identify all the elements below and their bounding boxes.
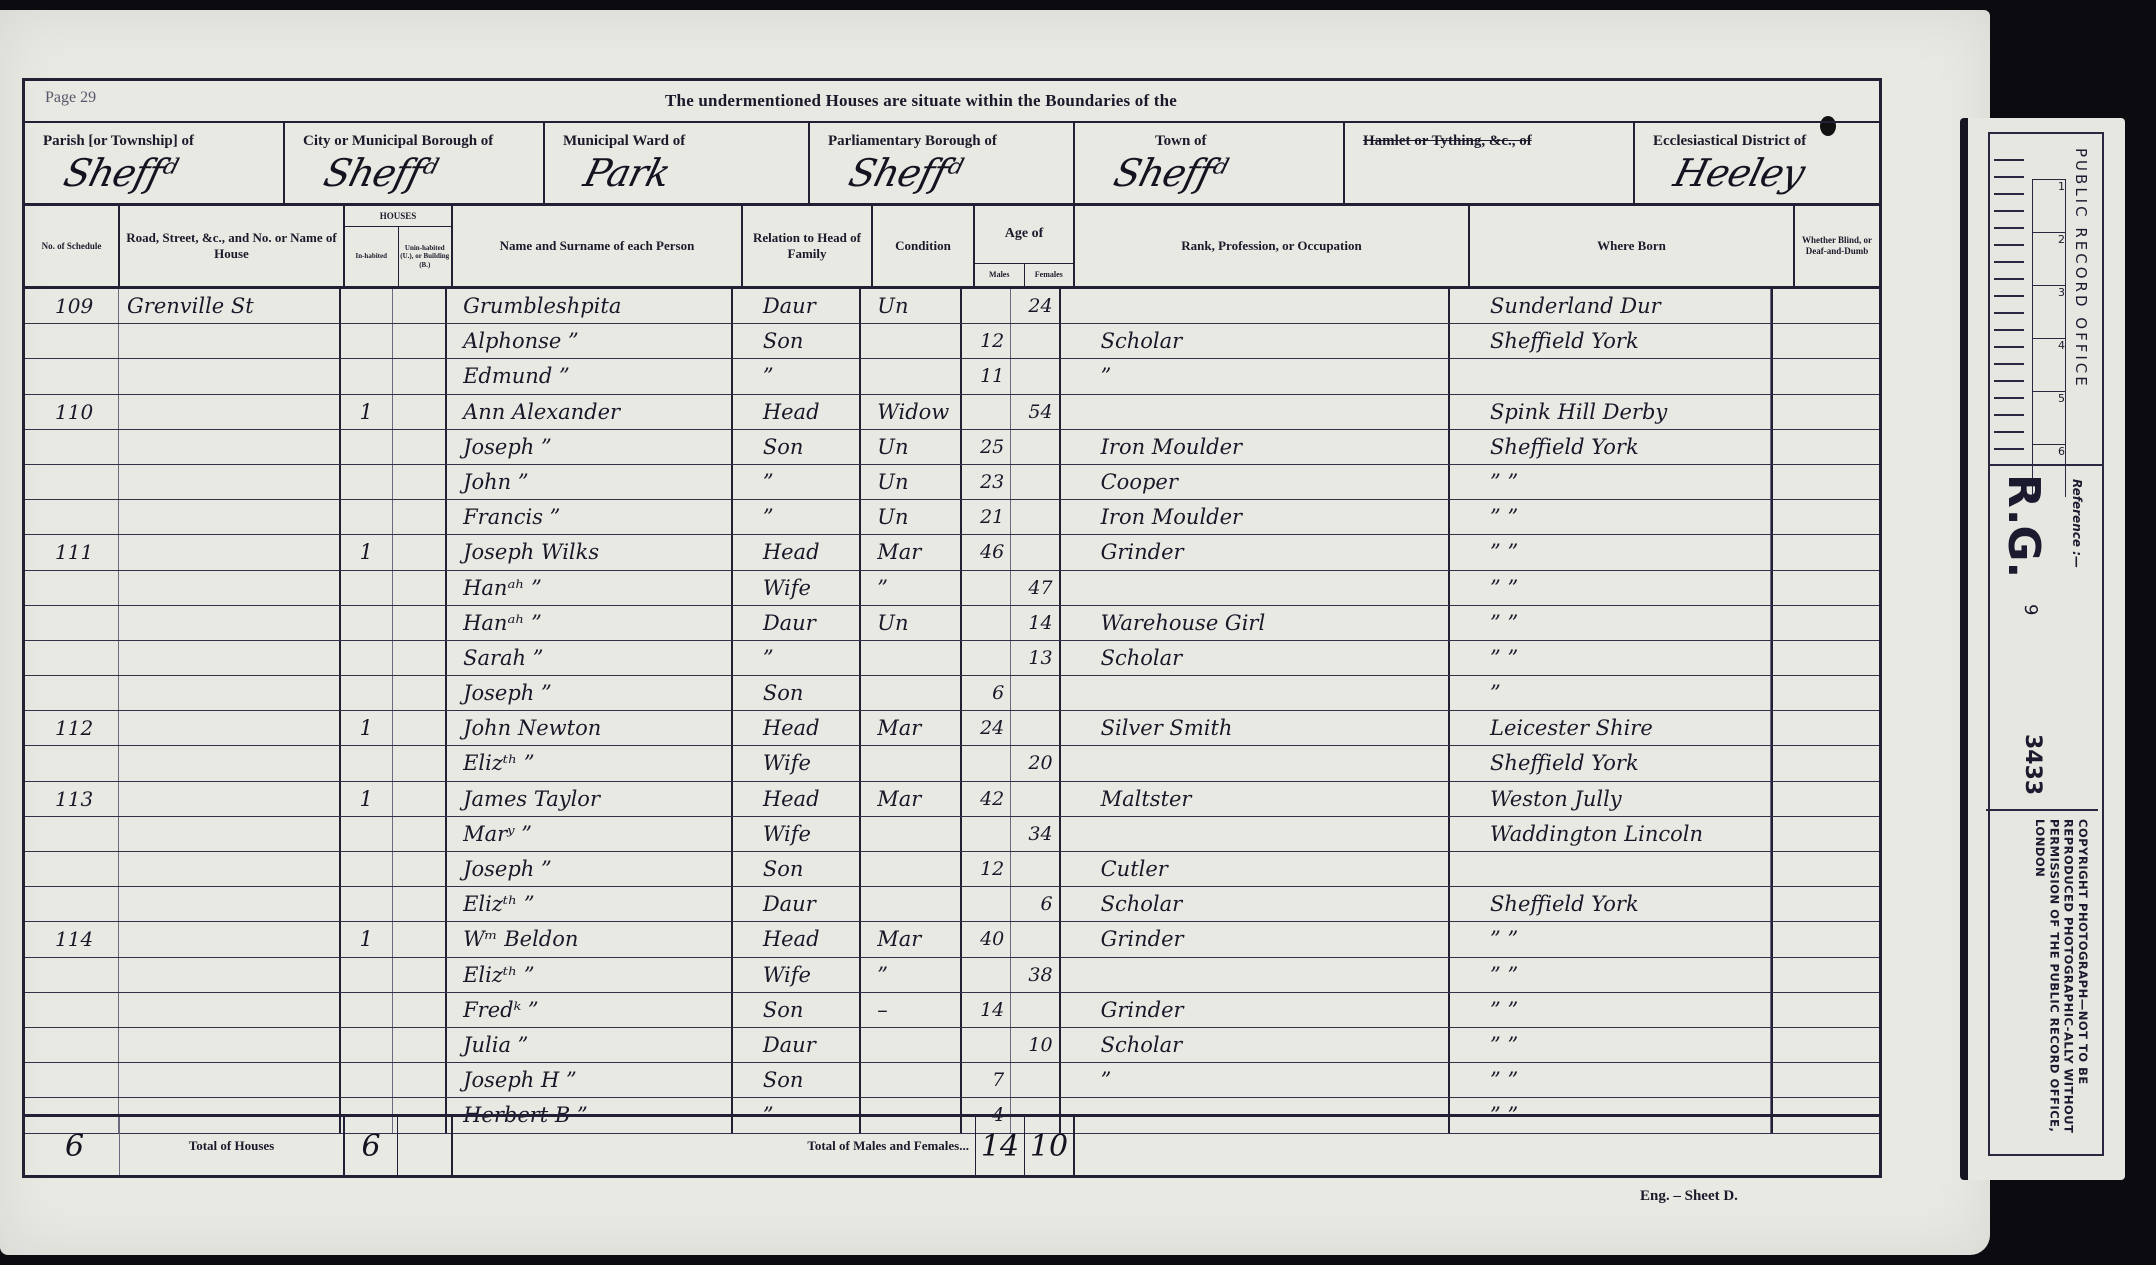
condition: [861, 852, 962, 886]
table-row: Joseph ”Son6”: [25, 676, 1879, 711]
road-name: [119, 324, 341, 358]
uninhabited-count: [393, 993, 447, 1027]
condition: Mar: [861, 535, 962, 569]
col-schedule: No. of Schedule: [25, 206, 120, 286]
person-name: James Taylor: [447, 782, 733, 816]
scale-ruler: 1 2 3 4 5 6 PUBLIC RECORD OFFICE: [1990, 134, 2102, 466]
age-male: [962, 887, 1011, 921]
occupation: Iron Moulder: [1061, 430, 1450, 464]
age-male: 6: [962, 676, 1011, 710]
occupation: Scholar: [1061, 324, 1450, 358]
ruler-number: 3: [2032, 285, 2066, 338]
schedule-number: [25, 993, 119, 1027]
age-male: 46: [962, 535, 1011, 569]
uninhabited-count: [393, 817, 447, 851]
copyright-box: COPYRIGHT PHOTOGRAPH—NOT TO BE REPRODUCE…: [1986, 809, 2098, 1146]
title-row: Page 29 The undermentioned Houses are si…: [25, 81, 1879, 123]
age-female: [1011, 852, 1060, 886]
table-row: Joseph ”SonUn25Iron MoulderSheffield Yor…: [25, 430, 1879, 465]
relation: Son: [733, 1063, 861, 1097]
blind-deaf: [1771, 571, 1879, 605]
col-condition: Condition: [873, 206, 975, 286]
boundary-ecclesiastical: Ecclesiastical District of Heeley: [1635, 121, 1879, 203]
age-male: [962, 289, 1011, 323]
uninhabited-count: [393, 641, 447, 675]
ruler-number: 1: [2032, 179, 2066, 232]
age-female: [1011, 535, 1060, 569]
road-name: [119, 711, 341, 745]
col-relation: Relation to Head of Family: [743, 206, 873, 286]
age-female: 38: [1011, 958, 1060, 992]
road-name: [119, 746, 341, 780]
blind-deaf: [1771, 1028, 1879, 1062]
age-male: [962, 817, 1011, 851]
schedule-number: [25, 1063, 119, 1097]
person-name: Marʸ ”: [447, 817, 733, 851]
inhabited-count: [341, 430, 393, 464]
person-name: Joseph Wilks: [447, 535, 733, 569]
inhabited-count: [341, 958, 393, 992]
reference-label: Reference :—: [2070, 479, 2084, 568]
census-form: Page 29 The undermentioned Houses are si…: [22, 78, 1882, 1178]
boundary-value: Sheffᵈ: [845, 151, 966, 195]
blind-deaf: [1771, 324, 1879, 358]
age-male: [962, 571, 1011, 605]
boundaries-row: Parish [or Township] of Sheffᵈ City or M…: [25, 121, 1879, 206]
person-name: Ann Alexander: [447, 395, 733, 429]
relation: Daur: [733, 887, 861, 921]
table-row: Joseph H ”Son7”” ”: [25, 1063, 1879, 1098]
table-row: Elizᵗʰ ”Wife”38” ”: [25, 958, 1879, 993]
boundary-hamlet: Hamlet or Tything, &c., of: [1345, 121, 1635, 203]
where-born: ” ”: [1450, 641, 1771, 675]
age-female: 10: [1011, 1028, 1060, 1062]
inhabited-count: [341, 1063, 393, 1097]
table-row: Sarah ””13Scholar” ”: [25, 641, 1879, 676]
schedule-number: [25, 571, 119, 605]
boundary-parliamentary: Parliamentary Borough of Sheffᵈ: [810, 121, 1075, 203]
age-male: [962, 395, 1011, 429]
col-inhabited: In-habited: [345, 227, 399, 286]
inhabited-count: [341, 817, 393, 851]
copyright-notice: COPYRIGHT PHOTOGRAPH—NOT TO BE REPRODUCE…: [1994, 819, 2090, 1139]
col-occupation: Rank, Profession, or Occupation: [1075, 206, 1470, 286]
table-row: Fredᵏ ”Son–14Grinder” ”: [25, 993, 1879, 1028]
total-schedules-value: 6: [65, 1129, 84, 1164]
person-name: Edmund ”: [447, 359, 733, 393]
total-females: 10: [1025, 1117, 1075, 1175]
condition: Mar: [861, 782, 962, 816]
relation: Wife: [733, 958, 861, 992]
inhabited-count: [341, 746, 393, 780]
uninhabited-count: [393, 289, 447, 323]
age-title: Age of: [975, 206, 1073, 263]
ruler-number: 2: [2032, 232, 2066, 285]
age-male: 24: [962, 711, 1011, 745]
schedule-number: [25, 641, 119, 675]
where-born: ”: [1450, 676, 1771, 710]
occupation: Cutler: [1061, 852, 1450, 886]
inhabited-count: [341, 676, 393, 710]
uninhabited-count: [393, 676, 447, 710]
schedule-number: [25, 852, 119, 886]
road-name: Grenville St: [119, 289, 341, 323]
relation: Wife: [733, 571, 861, 605]
person-name: Fredᵏ ”: [447, 993, 733, 1027]
blind-deaf: [1771, 430, 1879, 464]
relation: Daur: [733, 606, 861, 640]
where-born: ” ”: [1450, 1028, 1771, 1062]
occupation: [1061, 746, 1450, 780]
total-houses-label: Total of Houses: [189, 1138, 274, 1154]
total-persons-label-cell: Total of Males and Females...: [453, 1117, 975, 1175]
where-born: Sheffield York: [1450, 887, 1771, 921]
occupation: ”: [1061, 1063, 1450, 1097]
person-name: Francis ”: [447, 500, 733, 534]
age-female: 54: [1011, 395, 1060, 429]
road-name: [119, 430, 341, 464]
road-name: [119, 571, 341, 605]
boundary-value: Park: [580, 151, 675, 195]
condition: [861, 641, 962, 675]
inhabited-count: [341, 1028, 393, 1062]
age-female: 14: [1011, 606, 1060, 640]
condition: Mar: [861, 922, 962, 956]
boundary-label: Parish [or Township] of: [43, 133, 194, 150]
table-row: Julia ”Daur10Scholar” ”: [25, 1028, 1879, 1063]
age-female: 13: [1011, 641, 1060, 675]
col-name: Name and Surname of each Person: [453, 206, 743, 286]
occupation: Cooper: [1061, 465, 1450, 499]
col-houses: HOUSES In-habited Unin-habited (U.), or …: [345, 206, 453, 286]
person-name: Hanᵃʰ ”: [447, 606, 733, 640]
condition: –: [861, 993, 962, 1027]
age-female: [1011, 359, 1060, 393]
uninhabited-count: [393, 887, 447, 921]
blind-deaf: [1771, 500, 1879, 534]
where-born: Spink Hill Derby: [1450, 395, 1771, 429]
person-name: Joseph ”: [447, 676, 733, 710]
total-houses-label-cell: Total of Houses: [120, 1117, 345, 1175]
uninhabited-count: [393, 465, 447, 499]
uninhabited-count: [393, 606, 447, 640]
inhabited-count: [341, 887, 393, 921]
col-uninhabited: Unin-habited (U.), or Building (B.): [399, 227, 452, 286]
page-label: Page 29: [45, 89, 96, 107]
road-name: [119, 359, 341, 393]
boundary-title: The undermentioned Houses are situate wi…: [665, 91, 1177, 111]
uninhabited-count: [393, 1063, 447, 1097]
relation: ”: [733, 359, 861, 393]
schedule-number: 112: [25, 711, 119, 745]
age-female: [1011, 430, 1060, 464]
schedule-number: [25, 465, 119, 499]
total-houses-value: 6: [361, 1129, 380, 1164]
where-born: Sunderland Dur: [1450, 289, 1771, 323]
inhabited-count: [341, 993, 393, 1027]
where-born: ” ”: [1450, 958, 1771, 992]
condition: Un: [861, 500, 962, 534]
road-name: [119, 606, 341, 640]
condition: [861, 887, 962, 921]
occupation: Scholar: [1061, 1028, 1450, 1062]
uninhabited-count: [393, 852, 447, 886]
inhabited-count: [341, 500, 393, 534]
table-row: Elizᵗʰ ”Wife20Sheffield York: [25, 746, 1879, 781]
relation: Son: [733, 852, 861, 886]
inhabited-count: [341, 641, 393, 675]
person-name: Grumbleshpita: [447, 289, 733, 323]
person-name: Joseph ”: [447, 430, 733, 464]
inhabited-count: [341, 571, 393, 605]
road-name: [119, 465, 341, 499]
condition: Mar: [861, 711, 962, 745]
col-blind: Whether Blind, or Deaf-and-Dumb: [1795, 206, 1879, 286]
age-male: 42: [962, 782, 1011, 816]
record-office-label: PUBLIC RECORD OFFICE: [2072, 148, 2090, 389]
person-name: Julia ”: [447, 1028, 733, 1062]
boundary-city: City or Municipal Borough of Sheffᵈ: [285, 121, 545, 203]
inhabited-count: [341, 465, 393, 499]
occupation: [1061, 395, 1450, 429]
where-born: Sheffield York: [1450, 746, 1771, 780]
uninhabited-count: [393, 430, 447, 464]
total-males: 14: [975, 1117, 1025, 1175]
age-male: 40: [962, 922, 1011, 956]
condition: [861, 746, 962, 780]
schedule-number: [25, 430, 119, 464]
schedule-number: [25, 887, 119, 921]
ruler-scale: 1 2 3 4 5 6: [2032, 179, 2066, 459]
piece-number-2: 3433: [2020, 734, 2045, 795]
where-born: Weston Jully: [1450, 782, 1771, 816]
where-born: Sheffield York: [1450, 430, 1771, 464]
boundary-label: Municipal Ward of: [563, 133, 685, 150]
col-males: Males: [975, 264, 1025, 286]
entries-table: 109Grenville StGrumbleshpitaDaurUn24Sund…: [25, 289, 1879, 1134]
occupation: Silver Smith: [1061, 711, 1450, 745]
age-male: 12: [962, 852, 1011, 886]
age-female: 6: [1011, 887, 1060, 921]
relation: ”: [733, 465, 861, 499]
age-male: 14: [962, 993, 1011, 1027]
person-name: Joseph ”: [447, 852, 733, 886]
occupation: Warehouse Girl: [1061, 606, 1450, 640]
person-name: Elizᵗʰ ”: [447, 746, 733, 780]
table-row: Francis ””Un21Iron Moulder” ”: [25, 500, 1879, 535]
inhabited-count: 1: [341, 395, 393, 429]
relation: Wife: [733, 817, 861, 851]
condition: ”: [861, 958, 962, 992]
table-row: Hanᵃʰ ”DaurUn14Warehouse Girl” ”: [25, 606, 1879, 641]
condition: [861, 324, 962, 358]
blind-deaf: [1771, 641, 1879, 675]
blind-deaf: [1771, 887, 1879, 921]
road-name: [119, 887, 341, 921]
table-row: Elizᵗʰ ”Daur6ScholarSheffield York: [25, 887, 1879, 922]
table-row: Edmund ””11”: [25, 359, 1879, 394]
age-male: 25: [962, 430, 1011, 464]
age-male: 21: [962, 500, 1011, 534]
boundary-label: Ecclesiastical District of: [1653, 133, 1806, 150]
uninhabited-count: [393, 500, 447, 534]
person-name: Joseph H ”: [447, 1063, 733, 1097]
table-row: Alphonse ”Son12ScholarSheffield York: [25, 324, 1879, 359]
condition: [861, 1028, 962, 1062]
boundary-label: Town of: [1155, 133, 1207, 150]
schedule-number: [25, 676, 119, 710]
uninhabited-count: [393, 711, 447, 745]
age-female: 20: [1011, 746, 1060, 780]
road-name: [119, 782, 341, 816]
total-females-value: 10: [1030, 1129, 1068, 1164]
relation: Daur: [733, 289, 861, 323]
road-name: [119, 993, 341, 1027]
schedule-number: [25, 606, 119, 640]
boundary-label: City or Municipal Borough of: [303, 133, 493, 150]
inhabited-count: 1: [341, 922, 393, 956]
table-row: John ””Un23Cooper” ”: [25, 465, 1879, 500]
inhabited-count: 1: [341, 782, 393, 816]
occupation: [1061, 958, 1450, 992]
age-female: [1011, 782, 1060, 816]
age-female: [1011, 465, 1060, 499]
table-row: Joseph ”Son12Cutler: [25, 852, 1879, 887]
person-name: Elizᵗʰ ”: [447, 887, 733, 921]
boundary-parish: Parish [or Township] of Sheffᵈ: [25, 121, 285, 203]
boundary-value: Sheffᵈ: [1110, 151, 1231, 195]
blind-deaf: [1771, 817, 1879, 851]
age-male: 7: [962, 1063, 1011, 1097]
person-name: Wᵐ Beldon: [447, 922, 733, 956]
blind-deaf: [1771, 676, 1879, 710]
piece-number-1: 9: [2020, 604, 2041, 615]
table-row: 1101Ann AlexanderHeadWidow54Spink Hill D…: [25, 395, 1879, 430]
total-persons-label: Total of Males and Females...: [807, 1138, 969, 1154]
column-headers: No. of Schedule Road, Street, &c., and N…: [25, 206, 1879, 289]
col-age: Age of Males Females: [975, 206, 1075, 286]
total-schedules: 6: [25, 1117, 120, 1175]
condition: [861, 817, 962, 851]
sheet-mark: Eng. – Sheet D.: [1640, 1188, 1738, 1205]
road-name: [119, 1063, 341, 1097]
age-female: [1011, 922, 1060, 956]
person-name: Sarah ”: [447, 641, 733, 675]
schedule-number: [25, 324, 119, 358]
total-males-value: 14: [981, 1129, 1019, 1164]
totals-row: 6 Total of Houses 6 Total of Males and F…: [25, 1114, 1879, 1175]
blind-deaf: [1771, 359, 1879, 393]
occupation: Maltster: [1061, 782, 1450, 816]
blind-deaf: [1771, 535, 1879, 569]
schedule-number: [25, 746, 119, 780]
occupation: [1061, 817, 1450, 851]
uninhabited-count: [393, 1028, 447, 1062]
occupation: Grinder: [1061, 993, 1450, 1027]
person-name: John ”: [447, 465, 733, 499]
relation: Head: [733, 782, 861, 816]
uninhabited-count: [393, 395, 447, 429]
inhabited-count: [341, 289, 393, 323]
road-name: [119, 817, 341, 851]
road-name: [119, 641, 341, 675]
blind-deaf: [1771, 465, 1879, 499]
relation: Son: [733, 430, 861, 464]
inhabited-count: 1: [341, 711, 393, 745]
schedule-number: 113: [25, 782, 119, 816]
where-born: Sheffield York: [1450, 324, 1771, 358]
age-female: [1011, 324, 1060, 358]
age-female: [1011, 500, 1060, 534]
occupation: Scholar: [1061, 641, 1450, 675]
boundary-value: Heeley: [1670, 151, 1809, 195]
blind-deaf: [1771, 852, 1879, 886]
where-born: ” ”: [1450, 535, 1771, 569]
condition: Un: [861, 430, 962, 464]
where-born: ” ”: [1450, 922, 1771, 956]
occupation: Iron Moulder: [1061, 500, 1450, 534]
boundary-value: Sheffᵈ: [60, 151, 181, 195]
occupation: Scholar: [1061, 887, 1450, 921]
boundary-ward: Municipal Ward of Park: [545, 121, 810, 203]
series-code: R.G.: [1998, 474, 2049, 578]
road-name: [119, 852, 341, 886]
table-row: 1111Joseph WilksHeadMar46Grinder” ”: [25, 535, 1879, 570]
table-row: 109Grenville StGrumbleshpitaDaurUn24Sund…: [25, 289, 1879, 324]
blind-deaf: [1771, 922, 1879, 956]
age-male: [962, 958, 1011, 992]
houses-title: HOUSES: [345, 206, 451, 227]
where-born: ” ”: [1450, 465, 1771, 499]
table-row: Marʸ ”Wife34Waddington Lincoln: [25, 817, 1879, 852]
relation: Head: [733, 711, 861, 745]
where-born: ” ”: [1450, 571, 1771, 605]
schedule-number: [25, 500, 119, 534]
person-name: Hanᵃʰ ”: [447, 571, 733, 605]
where-born: Waddington Lincoln: [1450, 817, 1771, 851]
uninhabited-count: [393, 324, 447, 358]
uninhabited-count: [393, 359, 447, 393]
relation: Head: [733, 395, 861, 429]
col-where-born: Where Born: [1470, 206, 1795, 286]
ruler-number: 5: [2032, 391, 2066, 444]
person-name: Elizᵗʰ ”: [447, 958, 733, 992]
ruler-number: 4: [2032, 338, 2066, 391]
age-female: 24: [1011, 289, 1060, 323]
inhabited-count: [341, 852, 393, 886]
age-male: 11: [962, 359, 1011, 393]
relation: Head: [733, 535, 861, 569]
age-male: 23: [962, 465, 1011, 499]
total-houses: 6: [345, 1117, 398, 1175]
relation: ”: [733, 500, 861, 534]
blind-deaf: [1771, 606, 1879, 640]
uninhabited-count: [393, 571, 447, 605]
person-name: John Newton: [447, 711, 733, 745]
col-road: Road, Street, &c., and No. or Name of Ho…: [120, 206, 345, 286]
age-female: 47: [1011, 571, 1060, 605]
relation: Head: [733, 922, 861, 956]
road-name: [119, 1028, 341, 1062]
age-female: [1011, 993, 1060, 1027]
schedule-number: 110: [25, 395, 119, 429]
inhabited-count: [341, 359, 393, 393]
road-name: [119, 922, 341, 956]
age-male: [962, 1028, 1011, 1062]
condition: ”: [861, 571, 962, 605]
blind-deaf: [1771, 395, 1879, 429]
condition: [861, 1063, 962, 1097]
